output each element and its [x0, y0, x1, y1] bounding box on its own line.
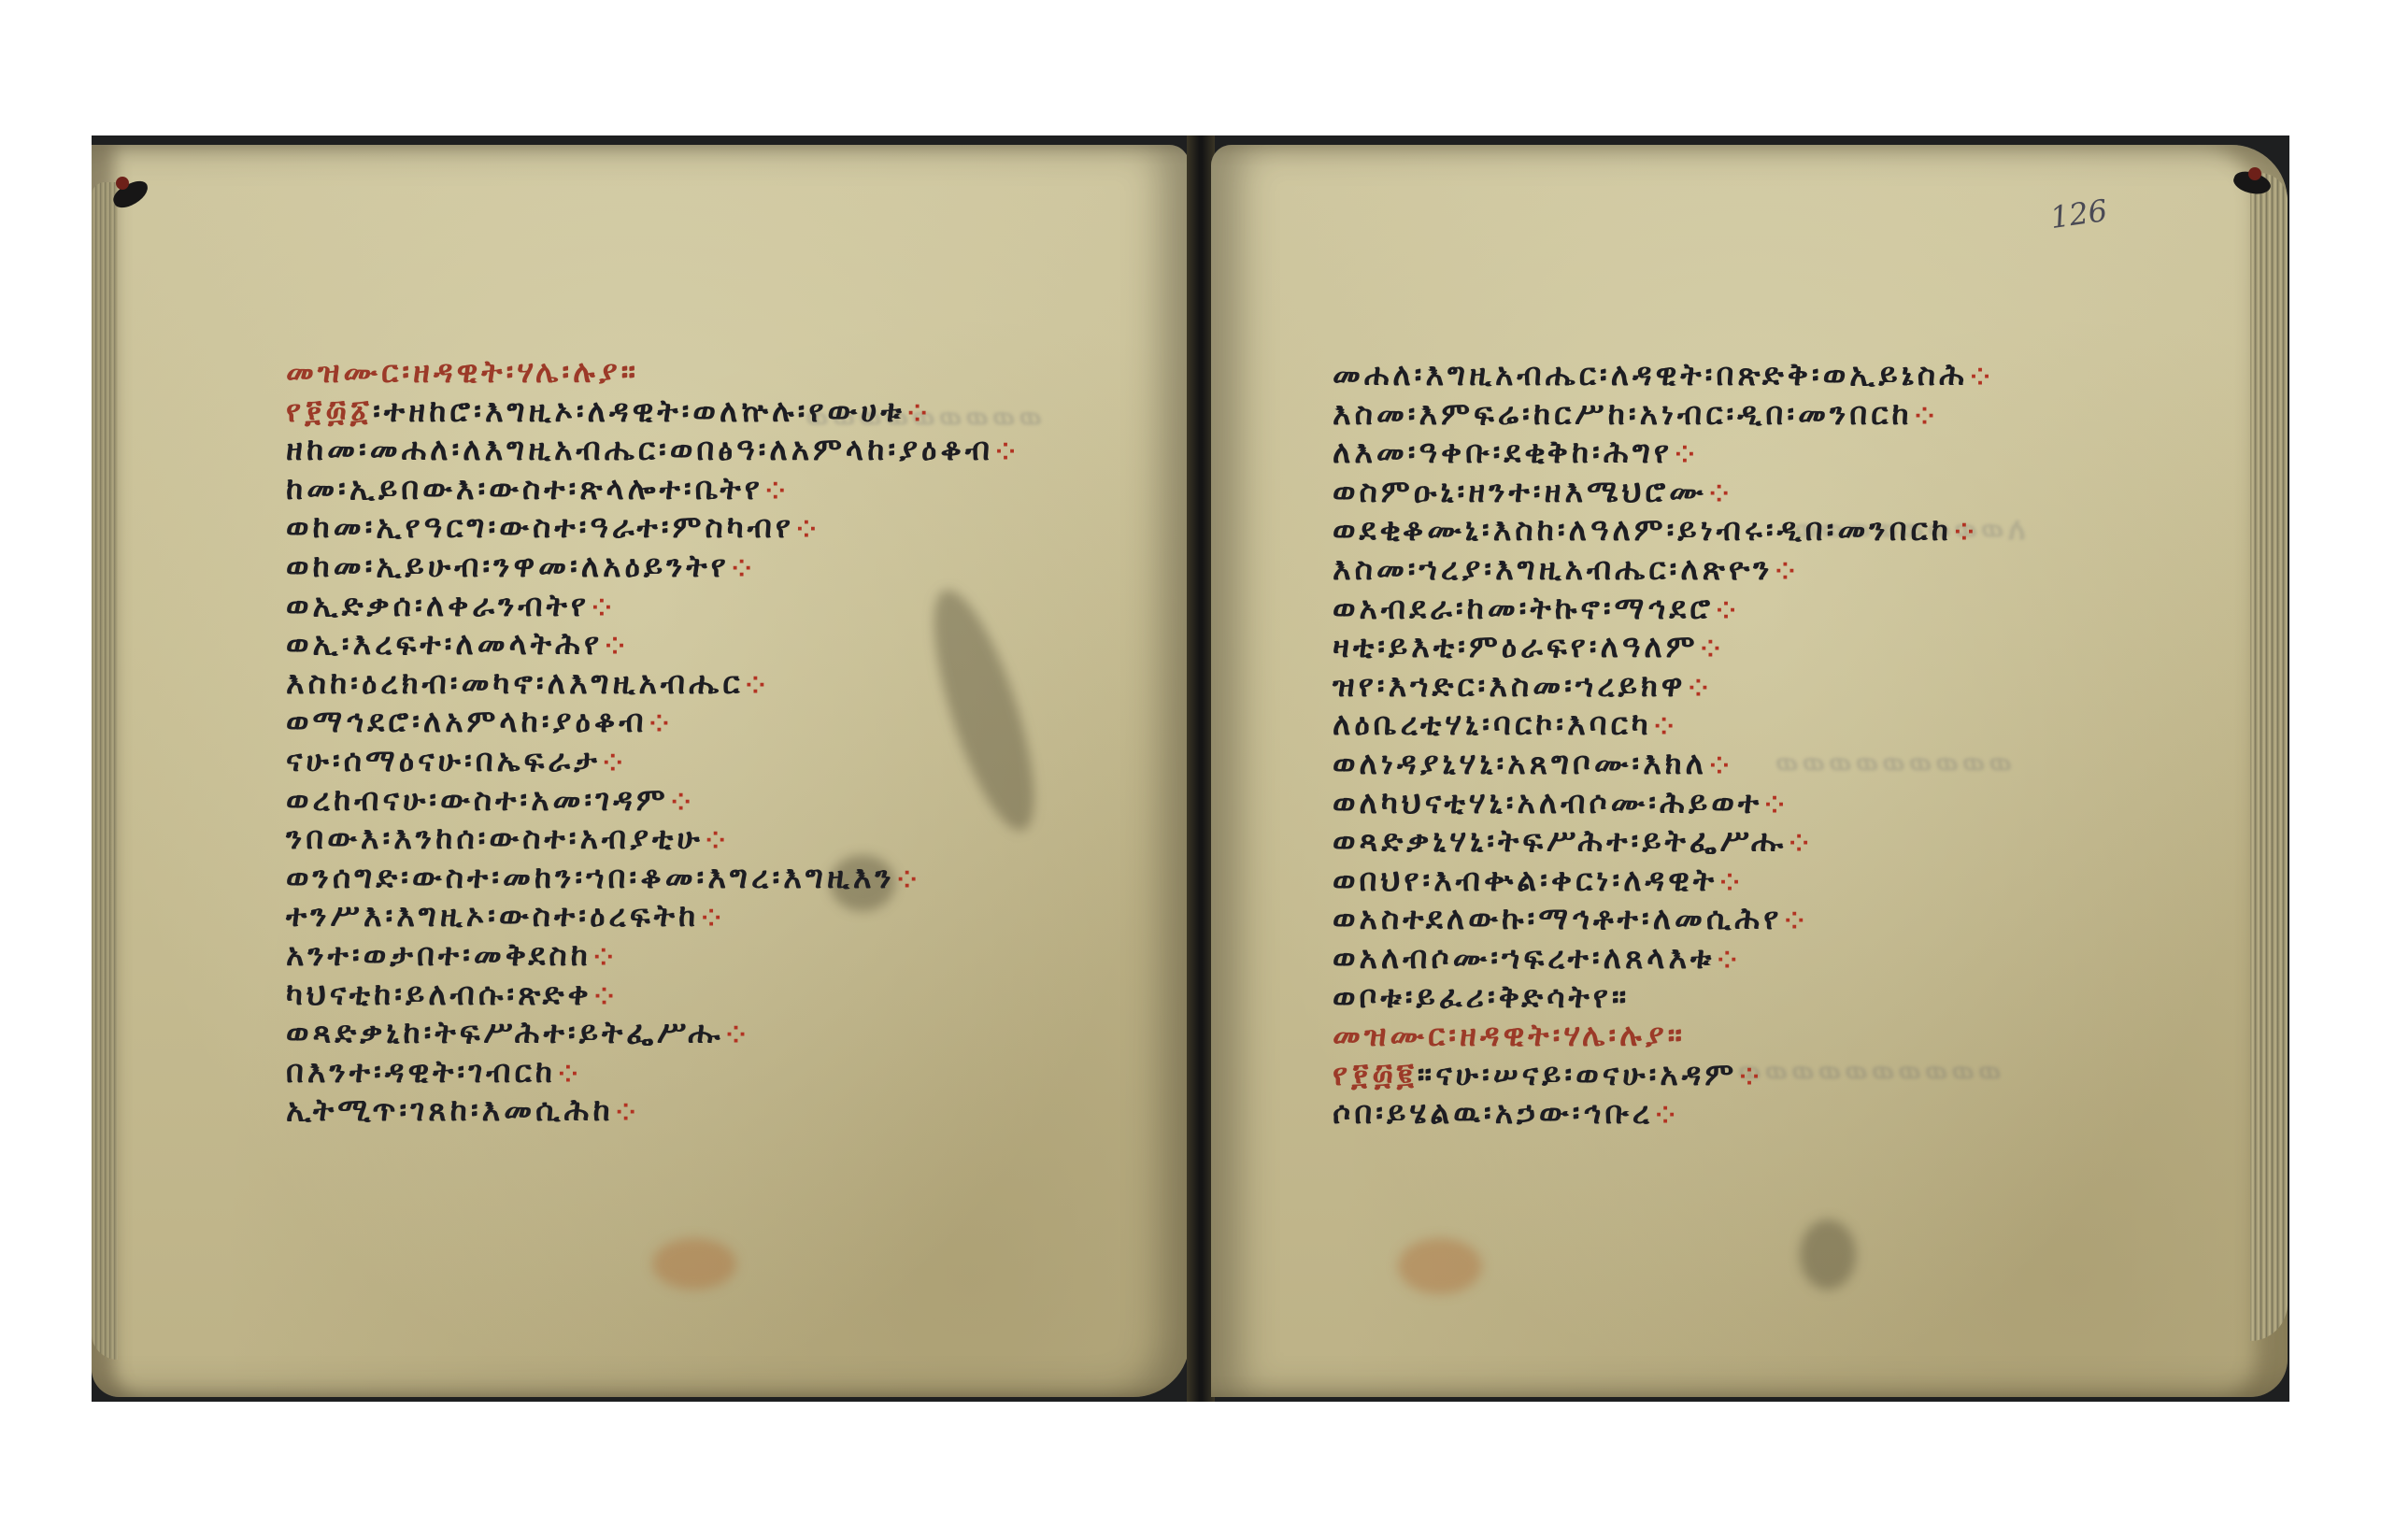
page-edges [2250, 173, 2288, 1341]
cross-ornament-icon: ⁘ [897, 866, 921, 894]
cross-ornament-icon: ⁘ [1954, 519, 1978, 547]
psalm-heading: መዝሙር፡ዘዳዊት፡ሃሌ፡ሉያ። [1333, 1016, 1994, 1055]
cross-ornament-icon: ⁘ [907, 400, 932, 428]
cross-ornament-icon: ⁘ [1716, 597, 1740, 625]
text-line: ወኢ፡እረፍተ፡ለመላትሕየ⁘ [286, 624, 1019, 663]
right-page: 126 ለወወወወወወወወ ወወወወወወወወወ ወወወወወወወወወወ መሐለ፡እ… [1211, 145, 2288, 1397]
manuscript-scan: ወወወወወወወወወ መዝሙር፡ዘዳዊት፡ሃሌ፡ሉያ። የ፻፴፩፡ተዘከሮ፡እግዚ… [92, 135, 2289, 1402]
text-line: ንበውእ፡እንከሰ፡ውስተ፡አብያቲሁ⁘ [286, 819, 1019, 858]
text-line: ካህናቲከ፡ይለብሱ፡ጽድቀ⁘ [286, 975, 1019, 1014]
text-line: ወማኅደሮ፡ለአምላከ፡ያዕቆብ⁘ [286, 702, 1019, 741]
cross-ornament-icon: ⁘ [1789, 830, 1813, 858]
cross-ornament-icon: ⁘ [1764, 791, 1789, 820]
text-line: ወአብደራ፡ከመ፡ትኩኖ፡ማኅደሮ⁘ [1333, 589, 1994, 628]
psalm-number: የ፻፴፪ [1333, 1056, 1418, 1092]
cross-ornament-icon: ⁘ [765, 478, 790, 506]
right-page-text: መሐለ፡እግዚአብሔር፡ለዳዊት፡በጽድቅ፡ወኢይኔስሕ⁘ እስመ፡እምፍሬ፡ከ… [1333, 355, 1994, 1133]
cross-ornament-icon: ⁘ [1739, 1063, 1763, 1091]
cross-ornament-icon: ⁘ [593, 944, 618, 972]
cross-ornament-icon: ⁘ [1717, 947, 1741, 975]
text-line: ወቦቱ፡ይፈሪ፡ቅድሳትየ። [1333, 977, 1994, 1017]
text-line: ወኢድቃሰ፡ለቀራንብትየ⁘ [286, 586, 1019, 625]
cross-ornament-icon: ⁘ [745, 672, 769, 700]
text-line: ተንሥእ፡እግዚኦ፡ውስተ፡ዕረፍትከ⁘ [286, 896, 1019, 935]
cross-ornament-icon: ⁘ [1709, 752, 1733, 780]
folio-number: 126 [2048, 192, 2110, 235]
cross-ornament-icon: ⁘ [701, 905, 725, 933]
text-line: የ፻፴፩፡ተዘከሮ፡እግዚኦ፡ለዳዊት፡ወለኵሉ፡የውሀቱ⁘ [286, 392, 1019, 431]
cross-ornament-icon: ⁘ [649, 710, 674, 738]
text-line: ወደቂቆሙኒ፡እስከ፡ለዓለም፡ይነብሩ፡ዲበ፡መንበርከ⁘ [1333, 510, 1994, 549]
text-line: ወስምዑኒ፡ዘንተ፡ዘእሜህሮሙ⁘ [1333, 472, 1994, 511]
text-line: ወለነዳያኒሃኒ፡አጸግቦሙ፡እክለ⁘ [1333, 744, 1994, 783]
text-line: ወንሰግድ፡ውስተ፡መከን፡ኀበ፡ቆመ፡እግረ፡እግዚእን⁘ [286, 858, 1019, 897]
cross-ornament-icon: ⁘ [616, 1099, 640, 1127]
rust-stain [1398, 1238, 1482, 1294]
cross-ornament-icon: ⁘ [1689, 675, 1713, 703]
cross-ornament-icon: ⁘ [1701, 635, 1725, 663]
text-line: ወከመ፡ኢይሁብ፡ንዋመ፡ለአዕይንትየ⁘ [286, 547, 1019, 586]
text-line: እስመ፡ኀረያ፡እግዚአብሔር፡ለጽዮን⁘ [1333, 549, 1994, 589]
rust-stain [652, 1238, 736, 1290]
text-line: ወጻድቃኒሃኒ፡ትፍሥሕተ፡ይትፌሥሑ⁘ [1333, 821, 1994, 861]
binding-thread-red-icon [116, 177, 129, 190]
cross-ornament-icon: ⁘ [1654, 713, 1678, 741]
full-stop-mark: ። [1612, 978, 1630, 1015]
cross-ornament-icon: ⁘ [671, 789, 695, 817]
binding-thread-red-icon [2248, 167, 2261, 180]
cross-ornament-icon: ⁘ [706, 827, 730, 855]
cross-ornament-icon: ⁘ [594, 983, 619, 1011]
psalm-number: የ፻፴፩ [286, 392, 373, 429]
cross-ornament-icon: ⁘ [796, 516, 820, 544]
text-line: በእንተ፡ዳዊት፡ገብርከ⁘ [286, 1052, 1019, 1091]
cross-ornament-icon: ⁘ [995, 438, 1019, 466]
psalm-heading: መዝሙር፡ዘዳዊት፡ሃሌ፡ሉያ። [286, 352, 1019, 392]
cross-ornament-icon: ⁘ [1915, 403, 1939, 431]
text-line: የ፻፴፪።ናሁ፡ሠናይ፡ወናሁ፡አዳም⁘ [1333, 1055, 1994, 1094]
text-line: ወረከብናሁ፡ውስተ፡አመ፡ገዳም⁘ [286, 780, 1019, 820]
cross-ornament-icon: ⁘ [1775, 558, 1799, 586]
text-line: ወጻድቃኒከ፡ትፍሥሕተ፡ይትፌሥሑ⁘ [286, 1013, 1019, 1052]
cross-ornament-icon: ⁘ [558, 1061, 582, 1089]
text-line: ዘከመ፡መሐለ፡ለእግዚአብሔር፡ወበፅዓ፡ለአምላከ፡ያዕቆብ⁘ [286, 430, 1019, 469]
cross-ornament-icon: ⁘ [1970, 364, 1994, 392]
text-line: ከመ፡ኢይበውእ፡ውስተ፡ጽላሎተ፡ቤትየ⁘ [286, 469, 1019, 508]
cross-ornament-icon: ⁘ [1675, 441, 1699, 469]
cross-ornament-icon: ⁘ [1719, 869, 1744, 897]
text-line: ሶበ፡ይሄልዉ፡አኃው፡ኅቡረ⁘ [1333, 1093, 1994, 1133]
cross-ornament-icon: ⁘ [732, 555, 756, 583]
text-line: አንተ፡ወታበተ፡መቅደስከ⁘ [286, 935, 1019, 975]
page-edges [92, 182, 118, 1360]
text-line: ወከመ፡ኢየዓርግ፡ውስተ፡ዓራተ፡ምስካብየ⁘ [286, 507, 1019, 547]
text-line: እስከ፡ዕረክብ፡መካኖ፡ለእግዚአብሔር⁘ [286, 663, 1019, 703]
cross-ornament-icon: ⁘ [726, 1021, 750, 1049]
text-line: ዝየ፡እኀድር፡እስመ፡ኀረይክዋ⁘ [1333, 666, 1994, 706]
text-line: ኢትሚጥ፡ገጸከ፡እመሲሕከ⁘ [286, 1091, 1019, 1130]
cross-ornament-icon: ⁘ [1709, 480, 1733, 508]
cross-ornament-icon: ⁘ [603, 749, 627, 777]
text-line: ወአለብሶሙ፡ኀፍረተ፡ለጸላእቱ⁘ [1333, 938, 1994, 977]
cross-ornament-icon: ⁘ [605, 633, 629, 661]
text-line: ለዕቤረቲሃኒ፡ባርኮ፡እባርካ⁘ [1333, 705, 1994, 744]
cross-ornament-icon: ⁘ [1784, 907, 1808, 935]
text-line: ናሁ፡ሰማዕናሁ፡በኤፍራታ⁘ [286, 741, 1019, 780]
text-line: ወአስተደለውኩ፡ማኅቶተ፡ለመሲሕየ⁘ [1333, 899, 1994, 938]
left-page-text: መዝሙር፡ዘዳዊት፡ሃሌ፡ሉያ። የ፻፴፩፡ተዘከሮ፡እግዚኦ፡ለዳዊት፡ወለኵ… [286, 352, 1019, 1130]
text-line: ለእመ፡ዓቀቡ፡ደቂቅከ፡ሕግየ⁘ [1333, 433, 1994, 472]
left-page: ወወወወወወወወወ መዝሙር፡ዘዳዊት፡ሃሌ፡ሉያ። የ፻፴፩፡ተዘከሮ፡እግዚ… [92, 145, 1190, 1397]
text-line: እስመ፡እምፍሬ፡ከርሥከ፡አነብር፡ዲበ፡መንበርከ⁘ [1333, 394, 1994, 434]
cross-ornament-icon: ⁘ [592, 594, 616, 622]
text-line: ወበህየ፡እብቍል፡ቀርነ፡ለዳዊት⁘ [1333, 861, 1994, 900]
water-stain [1800, 1219, 1856, 1290]
text-line: ዛቲ፡ይእቲ፡ምዕራፍየ፡ለዓለም⁘ [1333, 627, 1994, 666]
text-line: ወለካህናቲሃኒ፡አለብሶሙ፡ሕይወተ⁘ [1333, 783, 1994, 822]
text-line: መሐለ፡እግዚአብሔር፡ለዳዊት፡በጽድቅ፡ወኢይኔስሕ⁘ [1333, 355, 1994, 394]
cross-ornament-icon: ⁘ [1655, 1102, 1679, 1130]
